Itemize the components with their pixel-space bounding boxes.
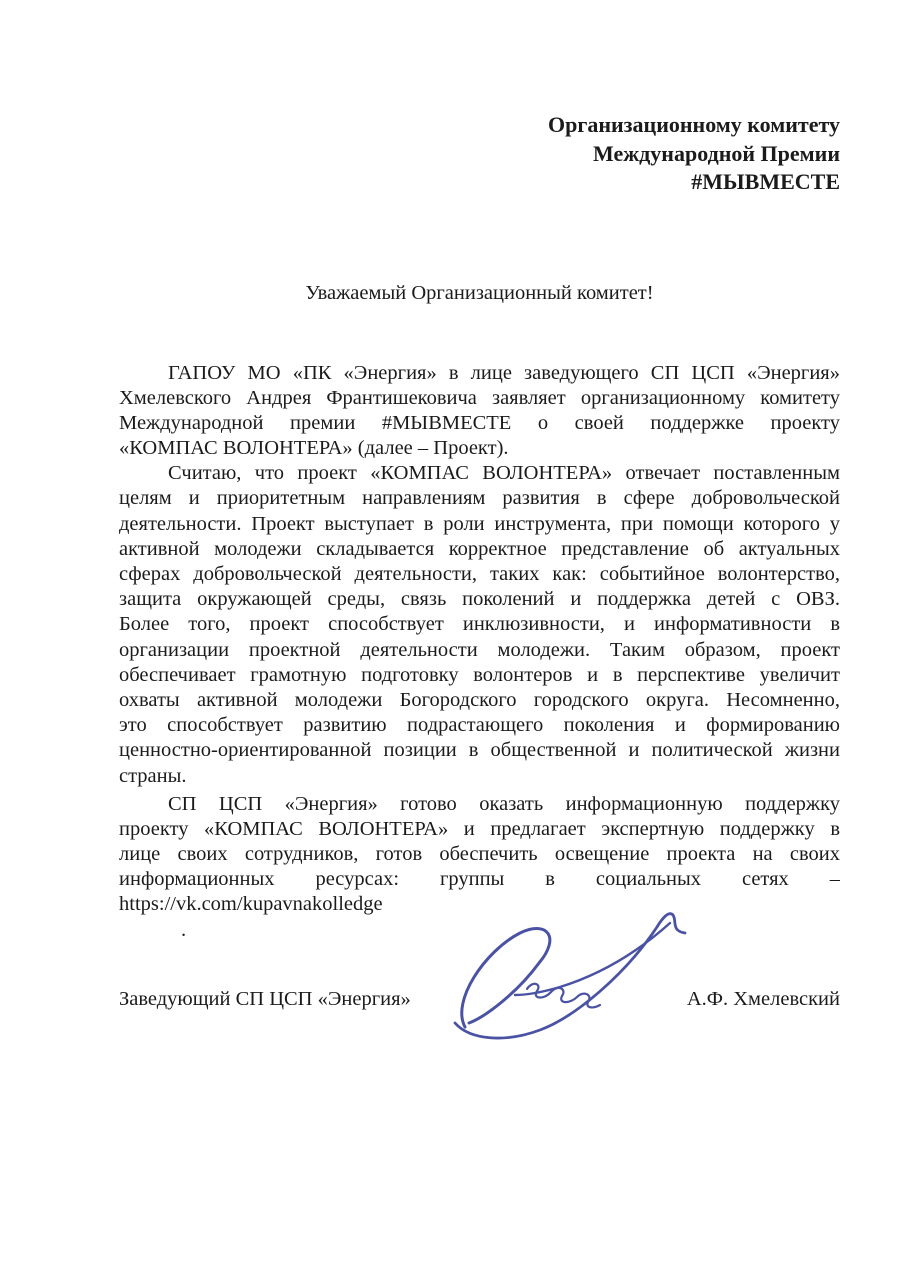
vk-link-text: https://vk.com/kupavnakolledge bbox=[119, 892, 840, 917]
recipient-line: #МЫВМЕСТЕ bbox=[119, 168, 840, 197]
body-line: организации проектной деятельности молод… bbox=[119, 638, 840, 663]
body-line: лице своих сотрудников, готов обеспечить… bbox=[119, 842, 840, 867]
body-line: Международной премии #МЫВМЕСТЕ о своей п… bbox=[119, 411, 840, 436]
paragraph-media-support: СП ЦСП «Энергия» готово оказать информац… bbox=[119, 792, 840, 918]
paragraph-support-statement: ГАПОУ МО «ПК «Энергия» в лице заведующег… bbox=[119, 361, 840, 462]
body-line: Считаю, что проект «КОМПАС ВОЛОНТЕРА» от… bbox=[119, 461, 840, 486]
body-line: страны. bbox=[119, 764, 840, 789]
body-line: целям и приоритетным направлениям развит… bbox=[119, 486, 840, 511]
body-line: проекту «КОМПАС ВОЛОНТЕРА» и предлагает … bbox=[119, 817, 840, 842]
letter-page: Организационному комитету Международной … bbox=[0, 0, 905, 1280]
body-line: «КОМПАС ВОЛОНТЕРА» (далее – Проект). bbox=[119, 436, 840, 461]
body-line: информационных ресурсах: группы в социал… bbox=[119, 867, 840, 892]
body-line: сферах добровольческой деятельности, так… bbox=[119, 562, 840, 587]
body-line: активной молодежи складывается корректно… bbox=[119, 537, 840, 562]
body-line: ценностно-ориентированной позиции в обще… bbox=[119, 738, 840, 763]
body-line: Более того, проект способствует инклюзив… bbox=[119, 612, 840, 637]
salutation: Уважаемый Организационный комитет! bbox=[119, 281, 840, 306]
body-line: деятельности. Проект выступает в роли ин… bbox=[119, 512, 840, 537]
signatory-position: Заведующий СП ЦСП «Энергия» bbox=[119, 987, 411, 1012]
recipient-line: Организационному комитету bbox=[119, 111, 840, 140]
body-line: обеспечивает грамотную подготовку волонт… bbox=[119, 663, 840, 688]
body-line: защита окружающей среды, связь поколений… bbox=[119, 587, 840, 612]
letter-body: Организационному комитету Международной … bbox=[119, 0, 840, 1012]
recipient-line: Международной Премии bbox=[119, 140, 840, 169]
body-line: это способствует развитию подрастающего … bbox=[119, 713, 840, 738]
body-line: Хмелевского Андрея Франтишековича заявля… bbox=[119, 386, 840, 411]
signature-row: Заведующий СП ЦСП «Энергия» А.Ф. Хмелевс… bbox=[119, 987, 840, 1012]
signatory-name: А.Ф. Хмелевский bbox=[687, 987, 840, 1012]
body-line: охваты активной молодежи Богородского го… bbox=[119, 688, 840, 713]
body-line: ГАПОУ МО «ПК «Энергия» в лице заведующег… bbox=[119, 361, 840, 386]
recipient-block: Организационному комитету Международной … bbox=[119, 111, 840, 197]
stray-period: . bbox=[119, 918, 840, 943]
paragraph-project-assessment: Считаю, что проект «КОМПАС ВОЛОНТЕРА» от… bbox=[119, 461, 840, 788]
body-line: СП ЦСП «Энергия» готово оказать информац… bbox=[119, 792, 840, 817]
